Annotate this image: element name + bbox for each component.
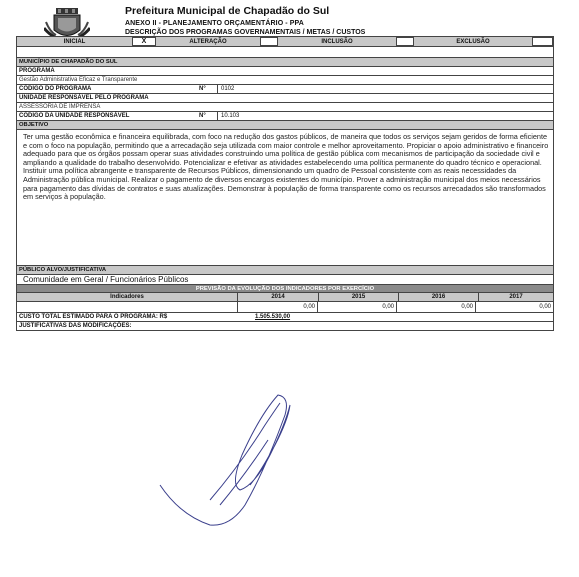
checkbox-inclusao[interactable]	[396, 37, 414, 46]
indicators-header: Indicadores 2014 2015 2016 2017	[16, 293, 554, 302]
objective-text: Ter uma gestão econômica e financeira eq…	[16, 130, 554, 266]
option-label-alteracao: ALTERAÇÃO	[156, 37, 260, 46]
program-label: PROGRAMA	[16, 67, 554, 76]
program-form: INICIAL X ALTERAÇÃO INCLUSÃO EXCLUSÃO MU…	[16, 36, 554, 331]
spacer-row	[16, 47, 554, 58]
value-2016: 0,00	[396, 302, 475, 312]
option-label-exclusao: EXCLUSÃO	[414, 37, 532, 46]
value-2014: 0,00	[237, 302, 317, 312]
cost-row: CUSTO TOTAL ESTIMADO PARA O PROGRAMA: R$…	[16, 313, 554, 322]
option-label-inclusao: INCLUSÃO	[278, 37, 396, 46]
col-2015: 2015	[318, 293, 398, 301]
indicator-name	[17, 302, 237, 312]
cost-value: 1.505.530,00	[255, 314, 290, 320]
unit-number-label: N°	[199, 113, 217, 119]
indicators-values-row: 0,00 0,00 0,00 0,00	[16, 302, 554, 313]
signature-icon	[150, 385, 310, 535]
program-number-label: N°	[199, 86, 217, 92]
indicators-title: PREVISÃO DA EVOLUÇÃO DOS INDICADORES POR…	[16, 285, 554, 293]
justifications-label: JUSTIFICATIVAS DAS MODIFICAÇÕES:	[16, 322, 554, 331]
program-code-label: CÓDIGO DO PROGRAMA	[17, 86, 199, 92]
col-indicadores: Indicadores	[17, 293, 237, 301]
col-2014: 2014	[237, 293, 318, 301]
unit-code-value: 10.103	[217, 112, 239, 120]
value-2015: 0,00	[317, 302, 396, 312]
value-2017: 0,00	[475, 302, 553, 312]
option-label-inicial: INICIAL	[17, 37, 132, 46]
program-value: Gestão Administrativa Eficaz e Transpare…	[16, 76, 554, 85]
target-label: PÚBLICO ALVO/JUSTIFICATIVA	[16, 266, 554, 275]
checkbox-inicial[interactable]: X	[132, 37, 156, 46]
col-2016: 2016	[398, 293, 478, 301]
header-title: Prefeitura Municipal de Chapadão do Sul	[125, 5, 329, 17]
municipality-label: MUNICÍPIO DE CHAPADÃO DO SUL	[16, 58, 554, 67]
program-code-value: 0102	[217, 85, 234, 93]
checkbox-exclusao[interactable]	[532, 37, 553, 46]
change-type-row: INICIAL X ALTERAÇÃO INCLUSÃO EXCLUSÃO	[16, 36, 554, 47]
annex-title: ANEXO II - PLANEJAMENTO ORÇAMENTÁRIO - P…	[125, 20, 304, 27]
unit-label: UNIDADE RESPONSÁVEL PELO PROGRAMA	[16, 94, 554, 103]
description-title: DESCRIÇÃO DOS PROGRAMAS GOVERNAMENTAIS /…	[125, 29, 365, 36]
target-value: Comunidade em Geral / Funcionários Públi…	[16, 275, 554, 285]
unit-code-label: CÓDIGO DA UNIDADE RESPONSÁVEL	[17, 113, 199, 119]
unit-value: ASSESSORIA DE IMPRENSA	[16, 103, 554, 112]
objective-label: OBJETIVO	[16, 121, 554, 130]
col-2017: 2017	[478, 293, 553, 301]
cost-label: CUSTO TOTAL ESTIMADO PARA O PROGRAMA: R$	[17, 314, 255, 320]
unit-code-row: CÓDIGO DA UNIDADE RESPONSÁVEL N° 10.103	[16, 112, 554, 121]
checkbox-alteracao[interactable]	[260, 37, 278, 46]
program-code-row: CÓDIGO DO PROGRAMA N° 0102	[16, 85, 554, 94]
